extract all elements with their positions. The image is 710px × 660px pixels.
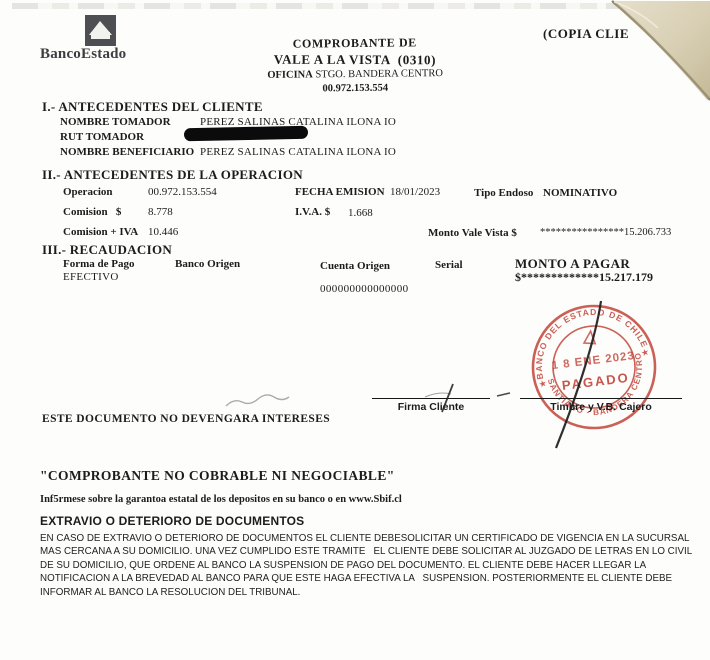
extravio-line-2: MAS CERCANA A SU DOMICILIO. UNA VEZ CUMP… <box>40 545 700 558</box>
client-signature-label: Firma Cliente <box>372 401 490 413</box>
monto-a-pagar-value: $*************15.217.179 <box>515 270 653 285</box>
stamp-status: PAGADO <box>561 370 630 393</box>
extravio-paragraph: EN CASO DE EXTRAVIO O DETERIORO DE DOCUM… <box>40 532 700 599</box>
operacion-value: 00.972.153.554 <box>148 186 217 198</box>
no-interest-notice: ESTE DOCUMENTO NO DEVENGARA INTERESES <box>42 413 330 425</box>
scan-noise-strip <box>12 3 632 9</box>
cuenta-origen-header: Cuenta Origen <box>320 260 390 272</box>
pen-mark-on-firma-line <box>425 393 451 397</box>
nombre-beneficiario-value: PEREZ SALINAS CATALINA ILONA IO <box>200 146 396 158</box>
document-number: 00.972.153.554 <box>235 82 475 96</box>
extravio-line-3: DE SU DOMICILIO, QUE ORDENE AL BANCO LA … <box>40 559 700 572</box>
fecha-emision-label: FECHA EMISION <box>295 186 385 198</box>
svg-text:BANCO DEL ESTADO DE CHILE: BANCO DEL ESTADO DE CHILE <box>527 300 650 382</box>
comision-iva-value: 10.446 <box>148 226 178 238</box>
nombre-tomador-label: NOMBRE TOMADOR <box>60 116 171 128</box>
nombre-beneficiario-label: NOMBRE BENEFICIARIO <box>60 146 194 158</box>
forma-de-pago-header: Forma de Pago <box>63 258 134 270</box>
forma-de-pago-value: EFECTIVO <box>63 271 119 283</box>
monto-vale-vista-value: ****************15.206.733 <box>540 227 671 238</box>
cashier-stamp-line <box>520 398 682 399</box>
stamp-star-left: ★ <box>537 378 548 390</box>
guarantee-info: Inf5rmese sobre la garantoa estatal de l… <box>40 494 402 505</box>
comision-iva-label: Comision + IVA <box>63 226 138 238</box>
fecha-emision-value: 18/01/2023 <box>390 186 440 198</box>
tipo-endoso-label: Tipo Endoso <box>474 187 533 199</box>
stamp-date: 1 8 ENE 2023 <box>551 350 635 372</box>
section3-heading: III.- RECAUDACION <box>42 242 172 258</box>
section1-heading: I.- ANTECEDENTES DEL CLIENTE <box>42 99 263 115</box>
office-value: STGO. BANDERA CENTRO <box>315 68 443 80</box>
comision-label: Comision $ <box>63 206 121 218</box>
section2-heading: II.- ANTECEDENTES DE LA OPERACION <box>42 167 303 183</box>
bancoestado-logo-icon <box>85 15 116 46</box>
extravio-line-1: EN CASO DE EXTRAVIO O DETERIORO DE DOCUM… <box>40 532 700 545</box>
document-title-line1: COMPROBANTE DE <box>235 35 475 53</box>
scanned-bank-voucher: BancoEstado COMPROBANTE DE VALE A LA VIS… <box>0 0 710 660</box>
iva-label: I.V.A. $ <box>295 206 330 218</box>
pagado-stamp: BANCO DEL ESTADO DE CHILE SANTIAGO - BAN… <box>527 300 661 434</box>
cuenta-origen-value: 000000000000000 <box>320 283 409 295</box>
tipo-endoso-value: NOMINATIVO <box>543 187 617 199</box>
rut-tomador-label: RUT TOMADOR <box>60 131 144 143</box>
serial-header: Serial <box>435 259 463 271</box>
document-title-line2: VALE A LA VISTA (0310) <box>235 52 475 69</box>
bancoestado-logotype: BancoEstado <box>40 46 180 63</box>
office-label: OFICINA <box>267 69 313 80</box>
comision-value: 8.778 <box>148 206 173 218</box>
header-title-block: COMPROBANTE DE VALE A LA VISTA (0310) OF… <box>235 35 476 96</box>
pen-squiggle-interes <box>226 395 289 406</box>
stamp-star-right: ★ <box>640 346 651 358</box>
cashier-stamp-label: Timbre y V.B. Cajero <box>520 401 682 413</box>
stamp-arrow-mark <box>583 331 596 345</box>
extravio-line-4: NOTIFICACION A LA BREVEDAD AL BANCO PARA… <box>40 572 700 585</box>
extravio-heading: EXTRAVIO O DETERIORO DE DOCUMENTOS <box>40 514 304 528</box>
folded-paper-corner <box>598 0 710 125</box>
stamp-arc-top-text: BANCO DEL ESTADO DE CHILE <box>527 300 650 382</box>
rut-redaction-bar <box>184 126 308 142</box>
banco-origen-header: Banco Origen <box>175 258 240 270</box>
operacion-label: Operacion <box>63 186 113 198</box>
logo-house-body <box>91 32 110 39</box>
client-signature-line <box>372 398 490 399</box>
monto-vale-vista-label: Monto Vale Vista $ <box>428 227 517 239</box>
not-negotiable-notice: "COMPROBANTE NO COBRABLE NI NEGOCIABLE" <box>40 468 395 484</box>
office-line: OFICINA STGO. BANDERA CENTRO <box>235 68 475 82</box>
iva-value: 1.668 <box>348 207 373 219</box>
extravio-line-5: INFORMAR AL BANCO LA RESOLUCION DEL TRIB… <box>40 586 700 599</box>
pen-dash-mark <box>497 393 510 396</box>
